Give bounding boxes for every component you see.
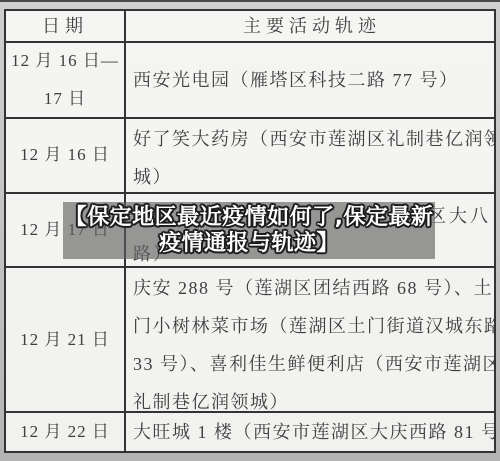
trajectory-line: 庆安 288 号（莲湖区团结西路 68 号）、土 bbox=[133, 269, 491, 307]
watermark-banner: 【保定地区最近疫情如何了,保定最新 疫情通报与轨迹】 bbox=[63, 202, 435, 259]
date-cell: 12 月 16 日 bbox=[6, 119, 126, 192]
header-date-cell: 日期 bbox=[6, 11, 126, 41]
trajectory-line: 33 号）、喜利佳生鲜便利店（西安市莲湖区 bbox=[133, 345, 491, 383]
trajectory-cell: 西安光电园（雁塔区科技二路 77 号） bbox=[126, 43, 494, 117]
trajectory-cell: 好了笑大药房（西安市莲湖区礼制巷亿润领 城） bbox=[126, 119, 494, 192]
table-row: 12 月 16 日 好了笑大药房（西安市莲湖区礼制巷亿润领 城） bbox=[6, 119, 494, 194]
trajectory-line: 礼制巷亿润领城） bbox=[133, 383, 491, 411]
date-line: 12 月 22 日 bbox=[20, 413, 110, 451]
trajectory-line: 门小树林菜市场（莲湖区土门街道汉城东路 bbox=[133, 307, 491, 345]
trajectory-line: 好了笑大药房（西安市莲湖区礼制巷亿润领 bbox=[133, 120, 491, 158]
date-cell: 12 月 22 日 bbox=[6, 413, 126, 451]
trajectory-cell: 大旺城 1 楼（西安市莲湖区大庆西路 81 号） bbox=[126, 413, 494, 451]
photo-top-edge bbox=[0, 0, 500, 2]
trajectory-line: 城） bbox=[133, 158, 491, 192]
date-cell: 12 月 21 日 bbox=[6, 268, 126, 411]
table-row: 12 月 21 日 庆安 288 号（莲湖区团结西路 68 号）、土 门小树林菜… bbox=[6, 268, 494, 413]
header-date-label: 日期 bbox=[42, 17, 88, 35]
watermark-title-line: 疫情通报与轨迹】 bbox=[159, 231, 339, 257]
date-line: 12 月 16 日— bbox=[11, 42, 119, 80]
date-line: 12 月 21 日 bbox=[20, 321, 110, 359]
table-row: 12 月 22 日 大旺城 1 楼（西安市莲湖区大庆西路 81 号） bbox=[6, 413, 494, 451]
table-header-row: 日期 主要活动轨迹 bbox=[6, 11, 494, 43]
date-line: 12 月 16 日 bbox=[20, 136, 110, 174]
trajectory-line: 大旺城 1 楼（西安市莲湖区大庆西路 81 号） bbox=[133, 413, 494, 451]
trajectory-line: 西安光电园（雁塔区科技二路 77 号） bbox=[133, 61, 459, 99]
table-row: 12 月 16 日— 17 日 西安光电园（雁塔区科技二路 77 号） bbox=[6, 43, 494, 119]
trajectory-cell: 庆安 288 号（莲湖区团结西路 68 号）、土 门小树林菜市场（莲湖区土门街道… bbox=[126, 268, 494, 411]
date-line: 17 日 bbox=[44, 80, 86, 118]
photo-page: 日期 主要活动轨迹 12 月 16 日— 17 日 西安光电园（雁塔区科技二路 … bbox=[0, 0, 500, 461]
watermark-title-line: 【保定地区最近疫情如何了,保定最新 bbox=[65, 205, 434, 231]
header-trajectory-label: 主要活动轨迹 bbox=[243, 17, 381, 35]
date-cell: 12 月 16 日— 17 日 bbox=[6, 43, 126, 117]
header-trajectory-cell: 主要活动轨迹 bbox=[126, 11, 494, 41]
